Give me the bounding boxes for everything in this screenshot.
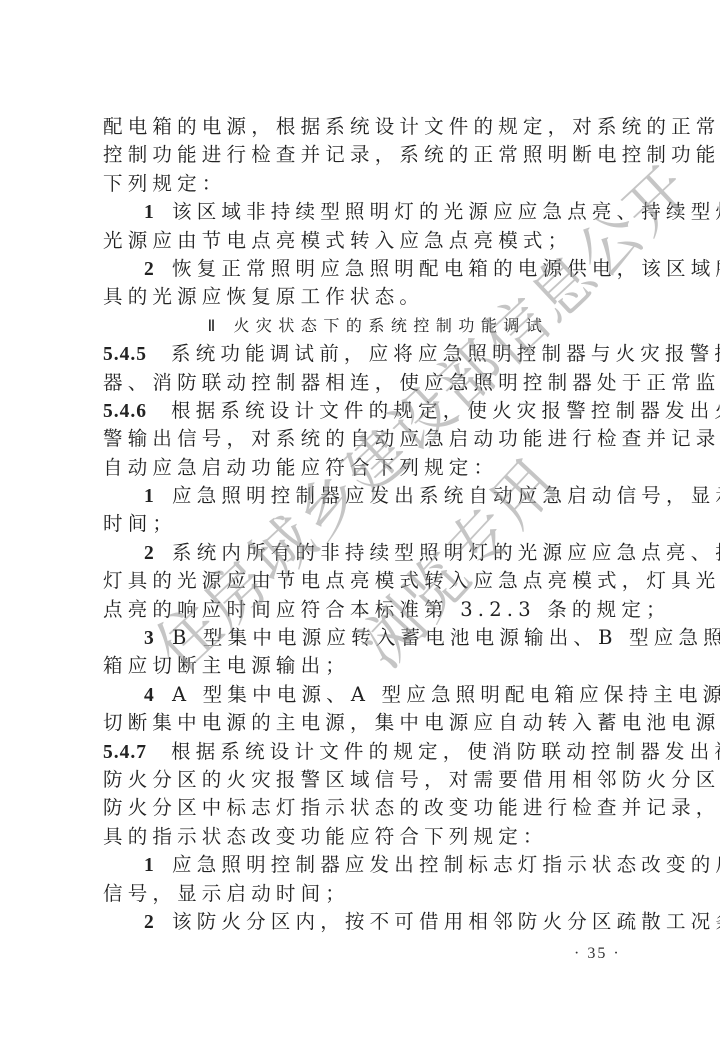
list-item: 2该防火分区内，按不可借用相邻防火分区疏散工况条件对 (103, 908, 633, 936)
text-line: 灯具的光源应由节电点亮模式转入应急点亮模式，灯具光源应急 (103, 567, 633, 595)
list-item: 3B 型集中电源应转入蓄电池电源输出、B 型应急照明配电 (103, 624, 633, 652)
item-number: 2 (144, 909, 172, 937)
item-text: 应急照明控制器应发出控制标志灯指示状态改变的启动 (172, 853, 720, 876)
text-line: 具的光源应恢复原工作状态。 (103, 283, 633, 311)
section-heading: Ⅱ火灾状态下的系统控制功能调试 (103, 312, 633, 340)
text-line: 切断集中电源的主电源，集中电源应自动转入蓄电池电源输出。 (103, 709, 633, 737)
list-item: 1该区域非持续型照明灯的光源应应急点亮、持续型灯具的 (103, 198, 633, 226)
section-title: 火灾状态下的系统控制功能调试 (233, 316, 548, 335)
list-item: 4A 型集中电源、A 型应急照明配电箱应保持主电源输出； (103, 681, 633, 709)
clause-number: 5.4.5 (103, 341, 171, 369)
clause-text: 根据系统设计文件的规定，使火灾报警控制器发出火灾报 (171, 399, 720, 422)
text-line: 警输出信号，对系统的自动应急启动功能进行检查并记录，系统的 (103, 425, 633, 453)
text-line: 信号，显示启动时间； (103, 880, 633, 908)
text-line: 箱应切断主电源输出； (103, 652, 633, 680)
text-line: 自动应急启动功能应符合下列规定： (103, 454, 633, 482)
item-number: 1 (144, 483, 172, 511)
item-number: 3 (144, 625, 172, 653)
item-text: 应急照明控制器应发出系统自动应急启动信号，显示启动 (172, 484, 720, 507)
text-line: 点亮的响应时间应符合本标准第 3.2.3 条的规定； (103, 596, 633, 624)
list-item: 1应急照明控制器应发出系统自动应急启动信号，显示启动 (103, 482, 633, 510)
text-line: 控制功能进行检查并记录，系统的正常照明断电控制功能应符合 (103, 141, 633, 169)
clause-number: 5.4.6 (103, 398, 171, 426)
clause: 5.4.6根据系统设计文件的规定，使火灾报警控制器发出火灾报 (103, 397, 633, 425)
clause-text: 根据系统设计文件的规定，使消防联动控制器发出被借用 (171, 740, 720, 763)
text-line: 具的指示状态改变功能应符合下列规定： (103, 823, 633, 851)
clause-number: 5.4.7 (103, 739, 171, 767)
section-number: Ⅱ (208, 318, 216, 335)
text-line: 器、消防联动控制器相连，使应急照明控制器处于正常监视状态。 (103, 369, 633, 397)
document-page: 配电箱的电源，根据系统设计文件的规定，对系统的正常照明断电 控制功能进行检查并记… (0, 0, 720, 1043)
item-number: 2 (144, 540, 172, 568)
item-text: 系统内所有的非持续型照明灯的光源应应急点亮、持续型 (172, 541, 720, 564)
item-number: 1 (144, 852, 172, 880)
body-text: 配电箱的电源，根据系统设计文件的规定，对系统的正常照明断电 控制功能进行检查并记… (103, 113, 633, 936)
item-text: A 型集中电源、A 型应急照明配电箱应保持主电源输出； (172, 683, 720, 706)
item-number: 4 (144, 682, 172, 710)
text-line: 下列规定： (103, 170, 633, 198)
list-item: 1应急照明控制器应发出控制标志灯指示状态改变的启动 (103, 851, 633, 879)
clause: 5.4.5系统功能调试前，应将应急照明控制器与火灾报警控制 (103, 340, 633, 368)
list-item: 2系统内所有的非持续型照明灯的光源应应急点亮、持续型 (103, 539, 633, 567)
list-item: 2恢复正常照明应急照明配电箱的电源供电，该区域所有灯 (103, 255, 633, 283)
text-line: 时间； (103, 510, 633, 538)
item-number: 1 (144, 199, 172, 227)
clause-text: 系统功能调试前，应将应急照明控制器与火灾报警控制 (171, 342, 720, 365)
clause: 5.4.7根据系统设计文件的规定，使消防联动控制器发出被借用 (103, 738, 633, 766)
item-text: 该区域非持续型照明灯的光源应应急点亮、持续型灯具的 (172, 200, 720, 223)
item-number: 2 (144, 256, 172, 284)
item-text: B 型集中电源应转入蓄电池电源输出、B 型应急照明配电 (172, 626, 720, 649)
item-text: 该防火分区内，按不可借用相邻防火分区疏散工况条件对 (172, 910, 720, 933)
text-line: 防火分区的火灾报警区域信号，对需要借用相邻防火分区疏散的 (103, 766, 633, 794)
text-line: 配电箱的电源，根据系统设计文件的规定，对系统的正常照明断电 (103, 113, 633, 141)
text-line: 光源应由节电点亮模式转入应急点亮模式； (103, 227, 633, 255)
page-number: · 35 · (574, 945, 621, 963)
item-text: 恢复正常照明应急照明配电箱的电源供电，该区域所有灯 (172, 257, 720, 280)
text-line: 防火分区中标志灯指示状态的改变功能进行检查并记录，标志灯 (103, 794, 633, 822)
